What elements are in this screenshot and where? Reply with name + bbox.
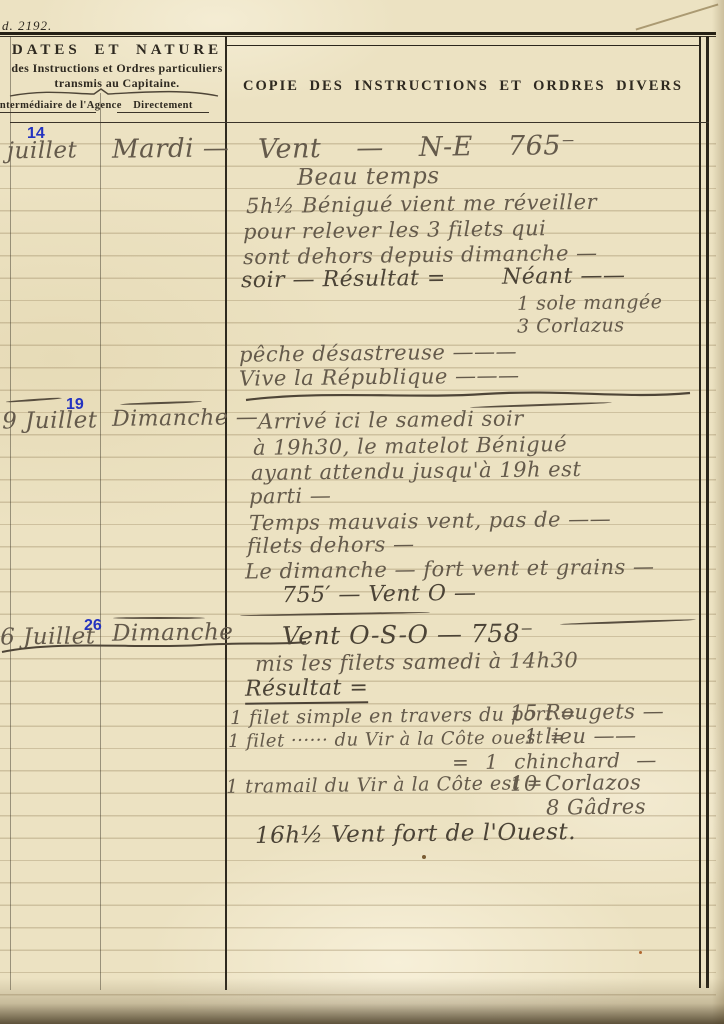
logbook-page: d. 2192. DATES ET NATURE des Instruction… — [0, 0, 724, 1024]
entry2-day-cell: Dimanche — — [112, 405, 259, 432]
log-line: filets dehors — — [247, 532, 415, 558]
dates-title: DATES ET NATURE — [10, 42, 224, 59]
entry2-date-cell: 19 Juillet — [0, 407, 98, 434]
dates-subtitle-1: des Instructions et Ordres particuliers — [10, 61, 224, 76]
agence-underline — [0, 112, 96, 113]
log-line-result: 1 sole mangée — [517, 291, 663, 315]
log-line: Arrivé ici le samedi soir — [258, 406, 524, 433]
log-line: 16h½ Vent fort de l'Ouest. — [255, 819, 576, 849]
header-bottom-line — [10, 122, 709, 123]
log-line-result: 8 Gâdres — [546, 794, 646, 819]
entry1-end-flourish — [244, 386, 694, 404]
resultat-underlined: Résultat = — [245, 675, 369, 705]
separator-stroke — [113, 617, 205, 619]
stain — [422, 855, 426, 859]
log-line-result: Néant —— — [502, 263, 626, 290]
copy-title: COPIE DES INSTRUCTIONS ET ORDRES DIVERS — [227, 78, 699, 95]
log-line: 5h½ Bénigué vient me réveiller — [246, 190, 597, 218]
log-line: parti — — [249, 483, 332, 508]
log-line: pêche désastreuse ——— — [239, 339, 517, 366]
log-line-result: 3 Corlazus — [517, 314, 625, 337]
stain — [639, 951, 642, 954]
right-outer-border-line — [706, 36, 709, 988]
entry1-day-cell: Mardi — — [112, 133, 230, 164]
log-line: Vent O-S-O — 758⁻ — [282, 618, 534, 650]
form-number: d. 2192. — [2, 18, 52, 34]
log-line: Le dimanche — fort vent et grains — — [245, 554, 655, 583]
right-inner-border-line — [699, 36, 701, 988]
copy-box-inner-top-line — [227, 45, 699, 46]
log-line: soir — Résultat = — [241, 266, 446, 294]
log-line-result: 10 Corlazos — [510, 770, 642, 796]
log-line: Résultat = — [245, 675, 369, 702]
page-edge-artifact — [636, 3, 719, 30]
log-line: pour relever les 3 filets qui — [243, 216, 547, 244]
log-line: 1 tramail du Vir à la Côte est = — [226, 772, 543, 798]
header-brace — [8, 86, 220, 98]
log-line: mis les filets samedi à 14h30 — [255, 648, 579, 676]
log-line-result: 15 Rougets — — [510, 699, 664, 725]
log-line: à 19h30, le matelot Bénigué — [253, 432, 567, 460]
log-line-result: 1 lieu —— — [524, 723, 637, 748]
entry1-date-cell: 4 juillet — [0, 137, 77, 164]
directement-underline — [117, 112, 209, 113]
top-double-rule — [0, 32, 716, 37]
log-line: 1 filet ······ du Vir à la Côte ouest = — [228, 727, 566, 752]
log-line: 755′ — Vent O — — [282, 581, 477, 608]
column-header-directement: Directement — [100, 100, 226, 111]
left-border-line — [10, 36, 11, 990]
log-line: Temps mauvais vent, pas de —— — [249, 507, 611, 535]
log-line: ayant attendu jusqu'à 19h est — [251, 457, 582, 485]
dates-copy-divider-line — [225, 36, 227, 990]
log-line: Vent — N-E 765⁻ — [258, 130, 576, 165]
log-line: Beau temps — [297, 163, 440, 191]
agence-directement-divider-line — [100, 93, 101, 990]
